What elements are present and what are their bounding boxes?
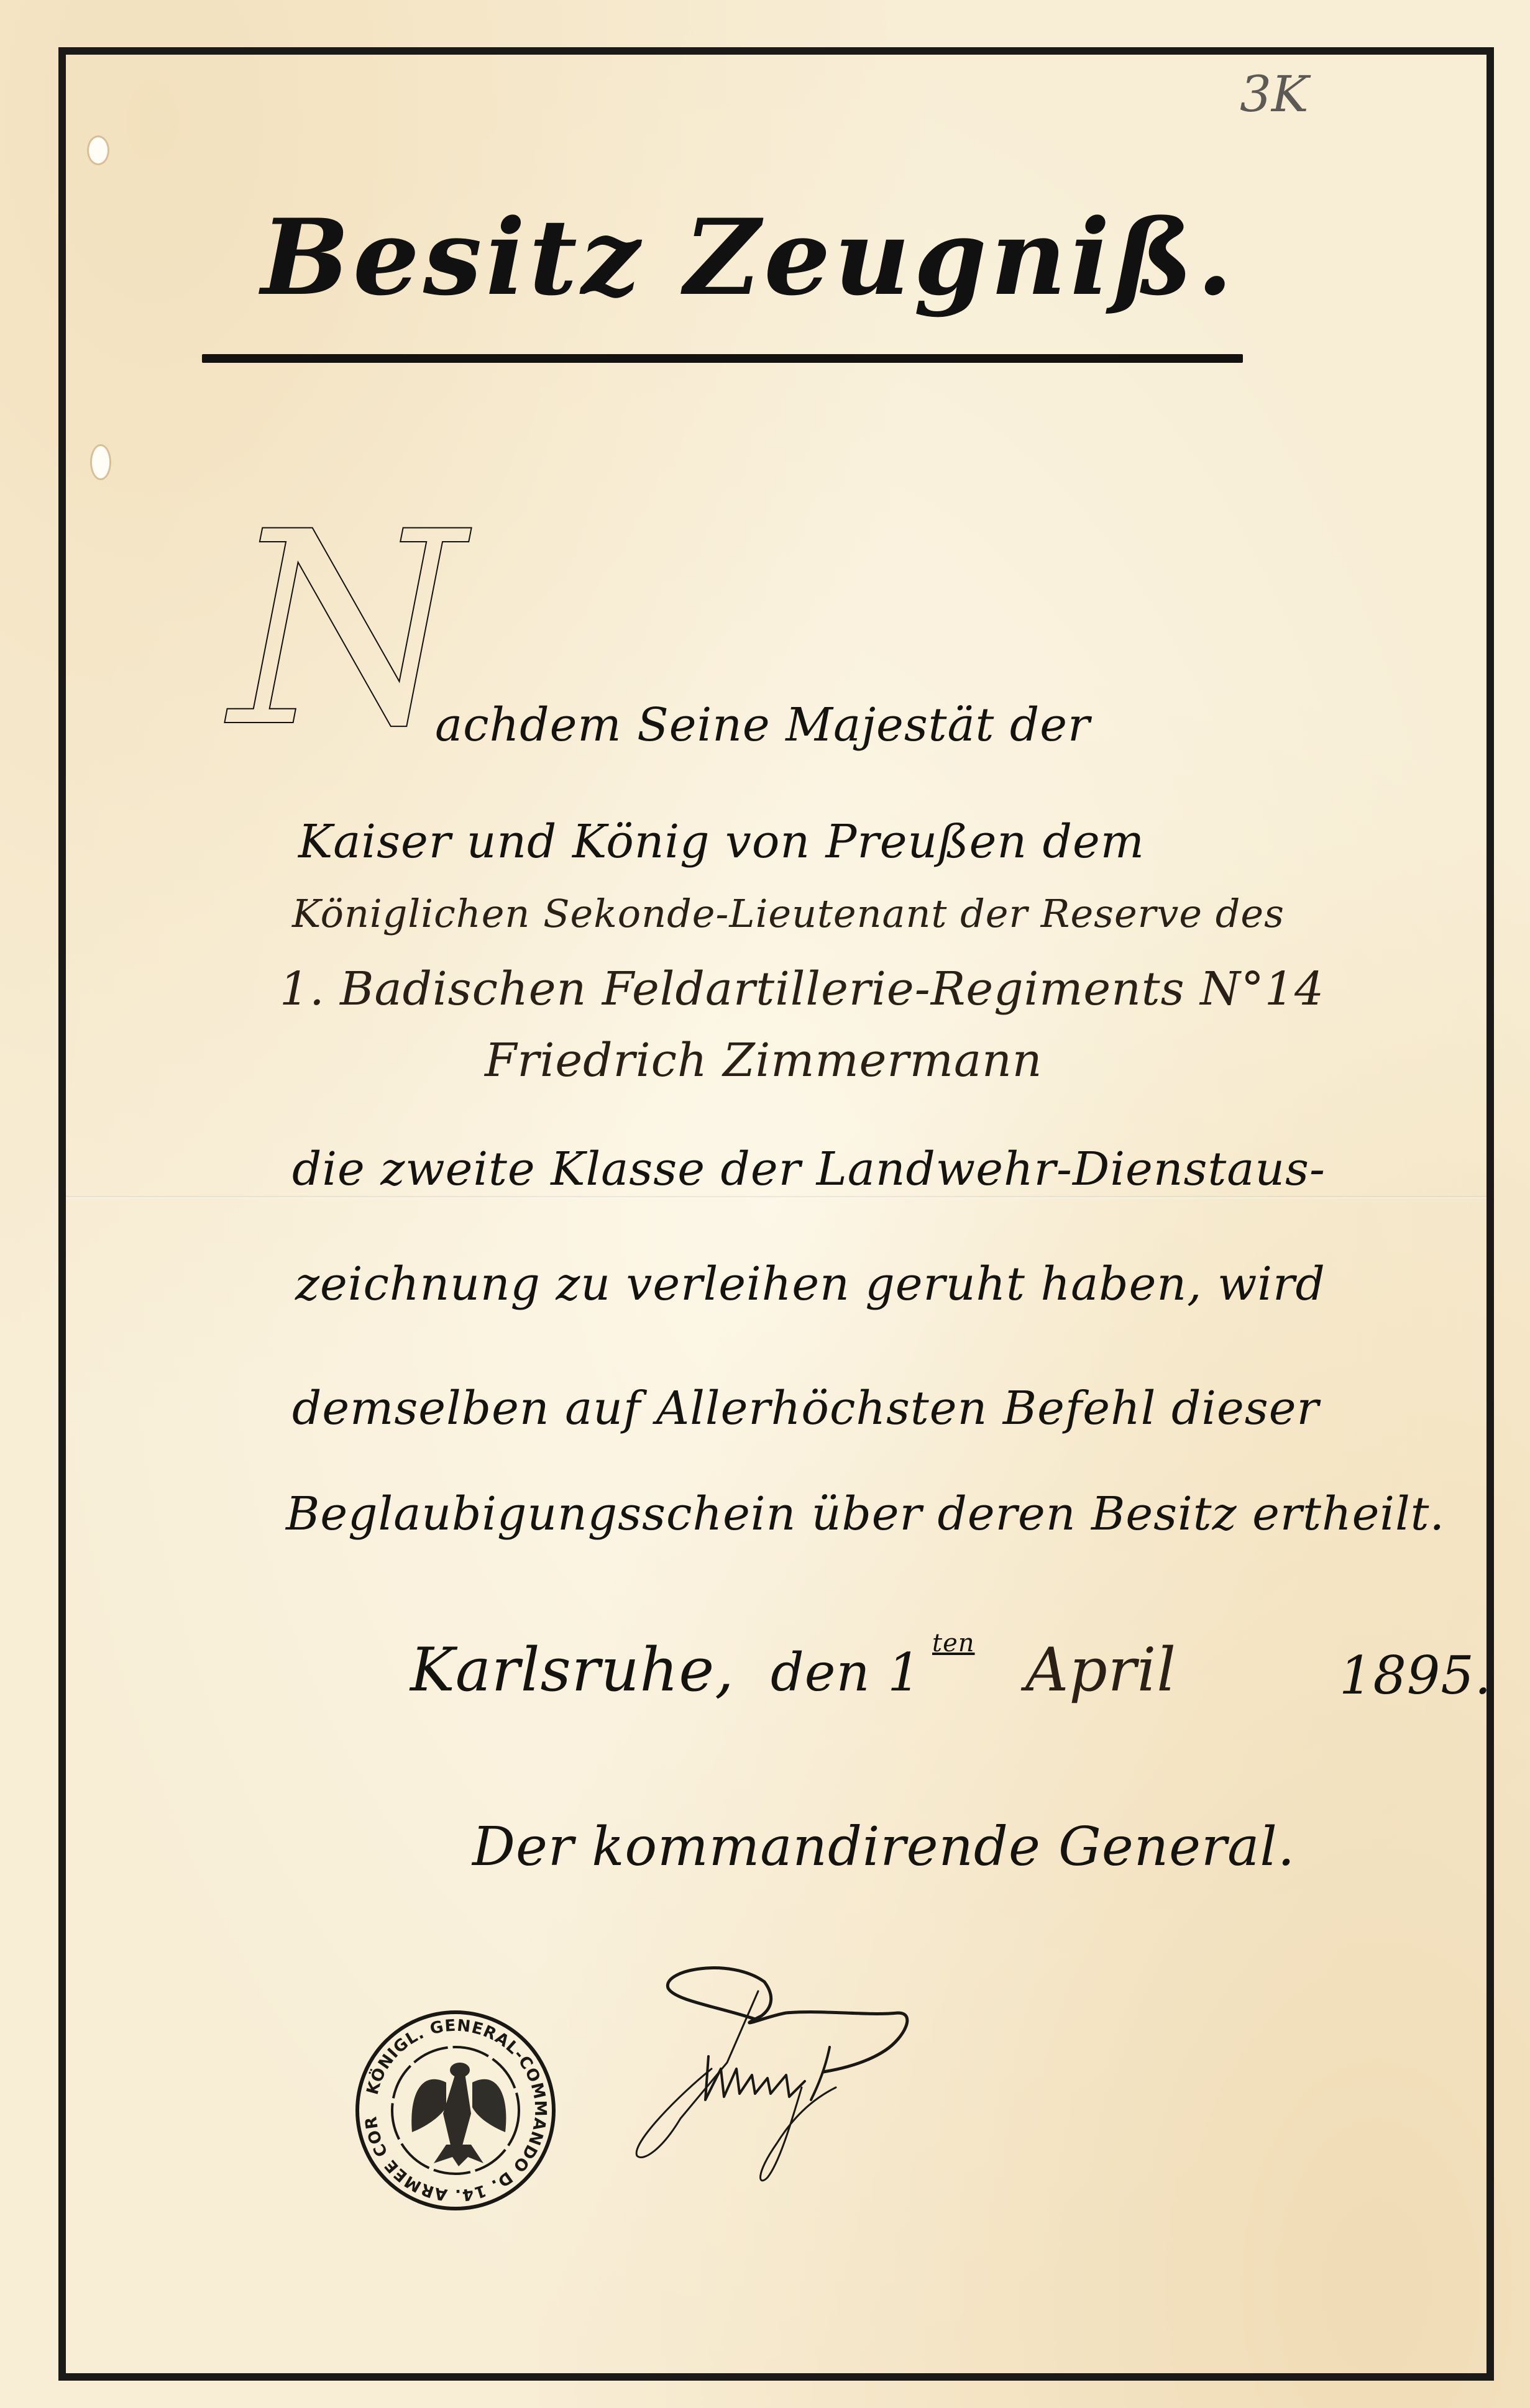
body-line: die zweite Klasse der Landwehr-Dienstaus… — [292, 1146, 1326, 1192]
body-line: achdem Seine Majestät der — [435, 702, 1090, 748]
body-line: demselben auf Allerhöchsten Befehl diese… — [292, 1385, 1319, 1431]
punch-hole — [90, 444, 111, 480]
date-month: April — [1025, 1640, 1176, 1700]
date-year: 1895. — [1339, 1649, 1491, 1702]
body-line: 1. Badischen Feldartillerie-Regiments N°… — [280, 966, 1324, 1012]
punch-hole — [87, 135, 109, 165]
signature: v. Schlichting — [606, 1932, 1103, 2193]
title-underline — [202, 354, 1243, 363]
body-line: Beglaubigungsschein über deren Besitz er… — [286, 1491, 1445, 1537]
signatory-title: Der kommandirende General. — [472, 1820, 1295, 1874]
archive-mark: 3K — [1240, 70, 1309, 119]
date-den: den 1 — [771, 1646, 922, 1699]
body-line: zeichnung zu verleihen geruht haben, wir… — [295, 1261, 1326, 1307]
recipient-name: Friedrich Zimmermann — [485, 1038, 1042, 1083]
body-line: Kaiser und König von Preußen dem — [298, 819, 1145, 865]
date-day-suffix: ten — [932, 1631, 975, 1656]
decorative-initial: N — [230, 497, 464, 764]
document-title: Besitz Zeugniß. — [261, 205, 1237, 309]
official-seal: KÖNIGL. GENERAL-COMMANDO D. 14. ARMEE CO… — [353, 2008, 558, 2213]
eagle-icon — [411, 2063, 506, 2166]
signature-text: v. Schlichting — [606, 1932, 674, 1935]
paper-fold-line — [66, 1196, 1486, 1198]
body-line: Königlichen Sekonde-Lieutenant der Reser… — [292, 895, 1285, 933]
date-place: Karlsruhe, — [410, 1640, 735, 1700]
